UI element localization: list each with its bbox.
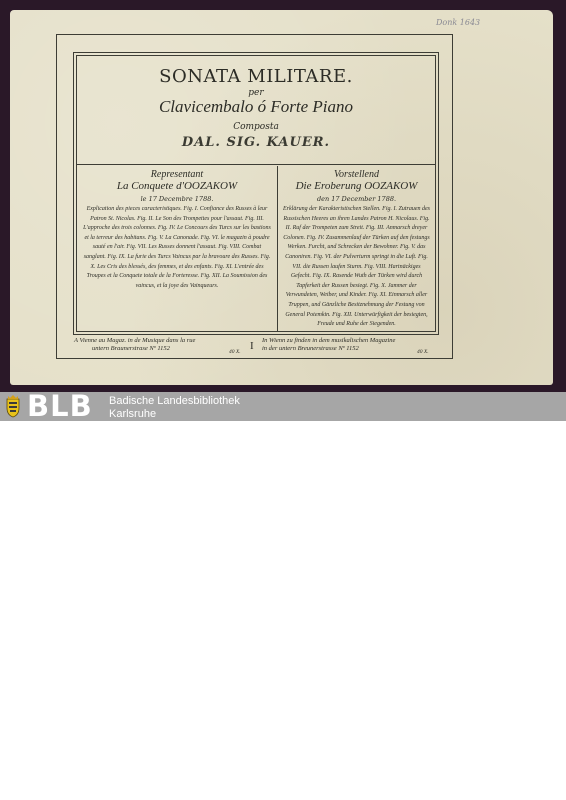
german-subtitle: Die Eroberung OOZAKOW xyxy=(283,180,430,192)
footer-french-line2-wrap: untern Braunerstrase Nº 1152 xyxy=(74,345,249,353)
instrument-label: Clavicembalo ó Forte Piano xyxy=(77,97,435,117)
footer-french-number: Nº 1152 xyxy=(149,345,170,352)
footer-german-number: Nº 1152 xyxy=(338,345,359,352)
title-area: SONATA MILITARE. per Clavicembalo ó Fort… xyxy=(77,56,435,165)
scanned-page-background: Donk 1643 SONATA MILITARE. per Clavicemb… xyxy=(0,0,566,392)
composer-name: DAL. SIG. KAUER. xyxy=(77,135,435,150)
footer-french-line1: A Vienne au Magaz. in de Musique dans la… xyxy=(74,337,249,345)
library-city: Karlsruhe xyxy=(109,408,156,420)
library-name: Badische Landesbibliothek xyxy=(109,395,240,407)
footer-separator: I xyxy=(250,340,254,352)
inner-frame-line: SONATA MILITARE. per Clavicembalo ó Fort… xyxy=(76,55,436,332)
footer-german-line2-wrap: in der untern Breunerstrasse Nº 1152 xyxy=(262,345,438,353)
footer-german: In Wienn zu finden in dem musikalischen … xyxy=(262,337,438,352)
blb-logo: BLB xyxy=(27,389,93,424)
footer-german-line2: in der untern Breunerstrasse xyxy=(262,345,337,352)
footer-french-price: 40 X. xyxy=(229,349,241,355)
french-column: Representant La Conquete d'OOZAKOW le 17… xyxy=(77,166,278,331)
coat-of-arms-icon xyxy=(5,395,21,418)
french-date: le 17 Decembre 1788. xyxy=(82,195,272,203)
german-column: Vorstellend Die Eroberung OOZAKOW den 17… xyxy=(278,166,435,331)
title: SONATA MILITARE. xyxy=(77,66,435,87)
german-date: den 17 December 1788. xyxy=(283,195,430,203)
footer-french: A Vienne au Magaz. in de Musique dans la… xyxy=(74,337,249,352)
footer-french-line2: untern Braunerstrase xyxy=(92,345,148,352)
footer-german-price: 40 X. xyxy=(417,349,429,355)
footer-german-line1: In Wienn zu finden in dem musikalischen … xyxy=(262,337,438,345)
composta-label: Composta xyxy=(77,122,435,132)
french-subtitle: La Conquete d'OOZAKOW xyxy=(82,180,272,192)
german-body: Erklärung der Karakteristischen Stellen.… xyxy=(283,205,430,330)
publisher-footer: A Vienne au Magaz. in de Musique dans la… xyxy=(74,337,438,357)
description-columns: Representant La Conquete d'OOZAKOW le 17… xyxy=(77,166,435,331)
pencil-shelfmark: Donk 1643 xyxy=(436,18,480,27)
french-heading: Representant xyxy=(82,169,272,180)
library-banner: BLB Badische Landesbibliothek Karlsruhe xyxy=(0,392,566,421)
french-body: Explication des pieces caracteristiques.… xyxy=(82,205,272,291)
german-heading: Vorstellend xyxy=(283,169,430,180)
inner-frame: SONATA MILITARE. per Clavicembalo ó Fort… xyxy=(73,52,439,335)
